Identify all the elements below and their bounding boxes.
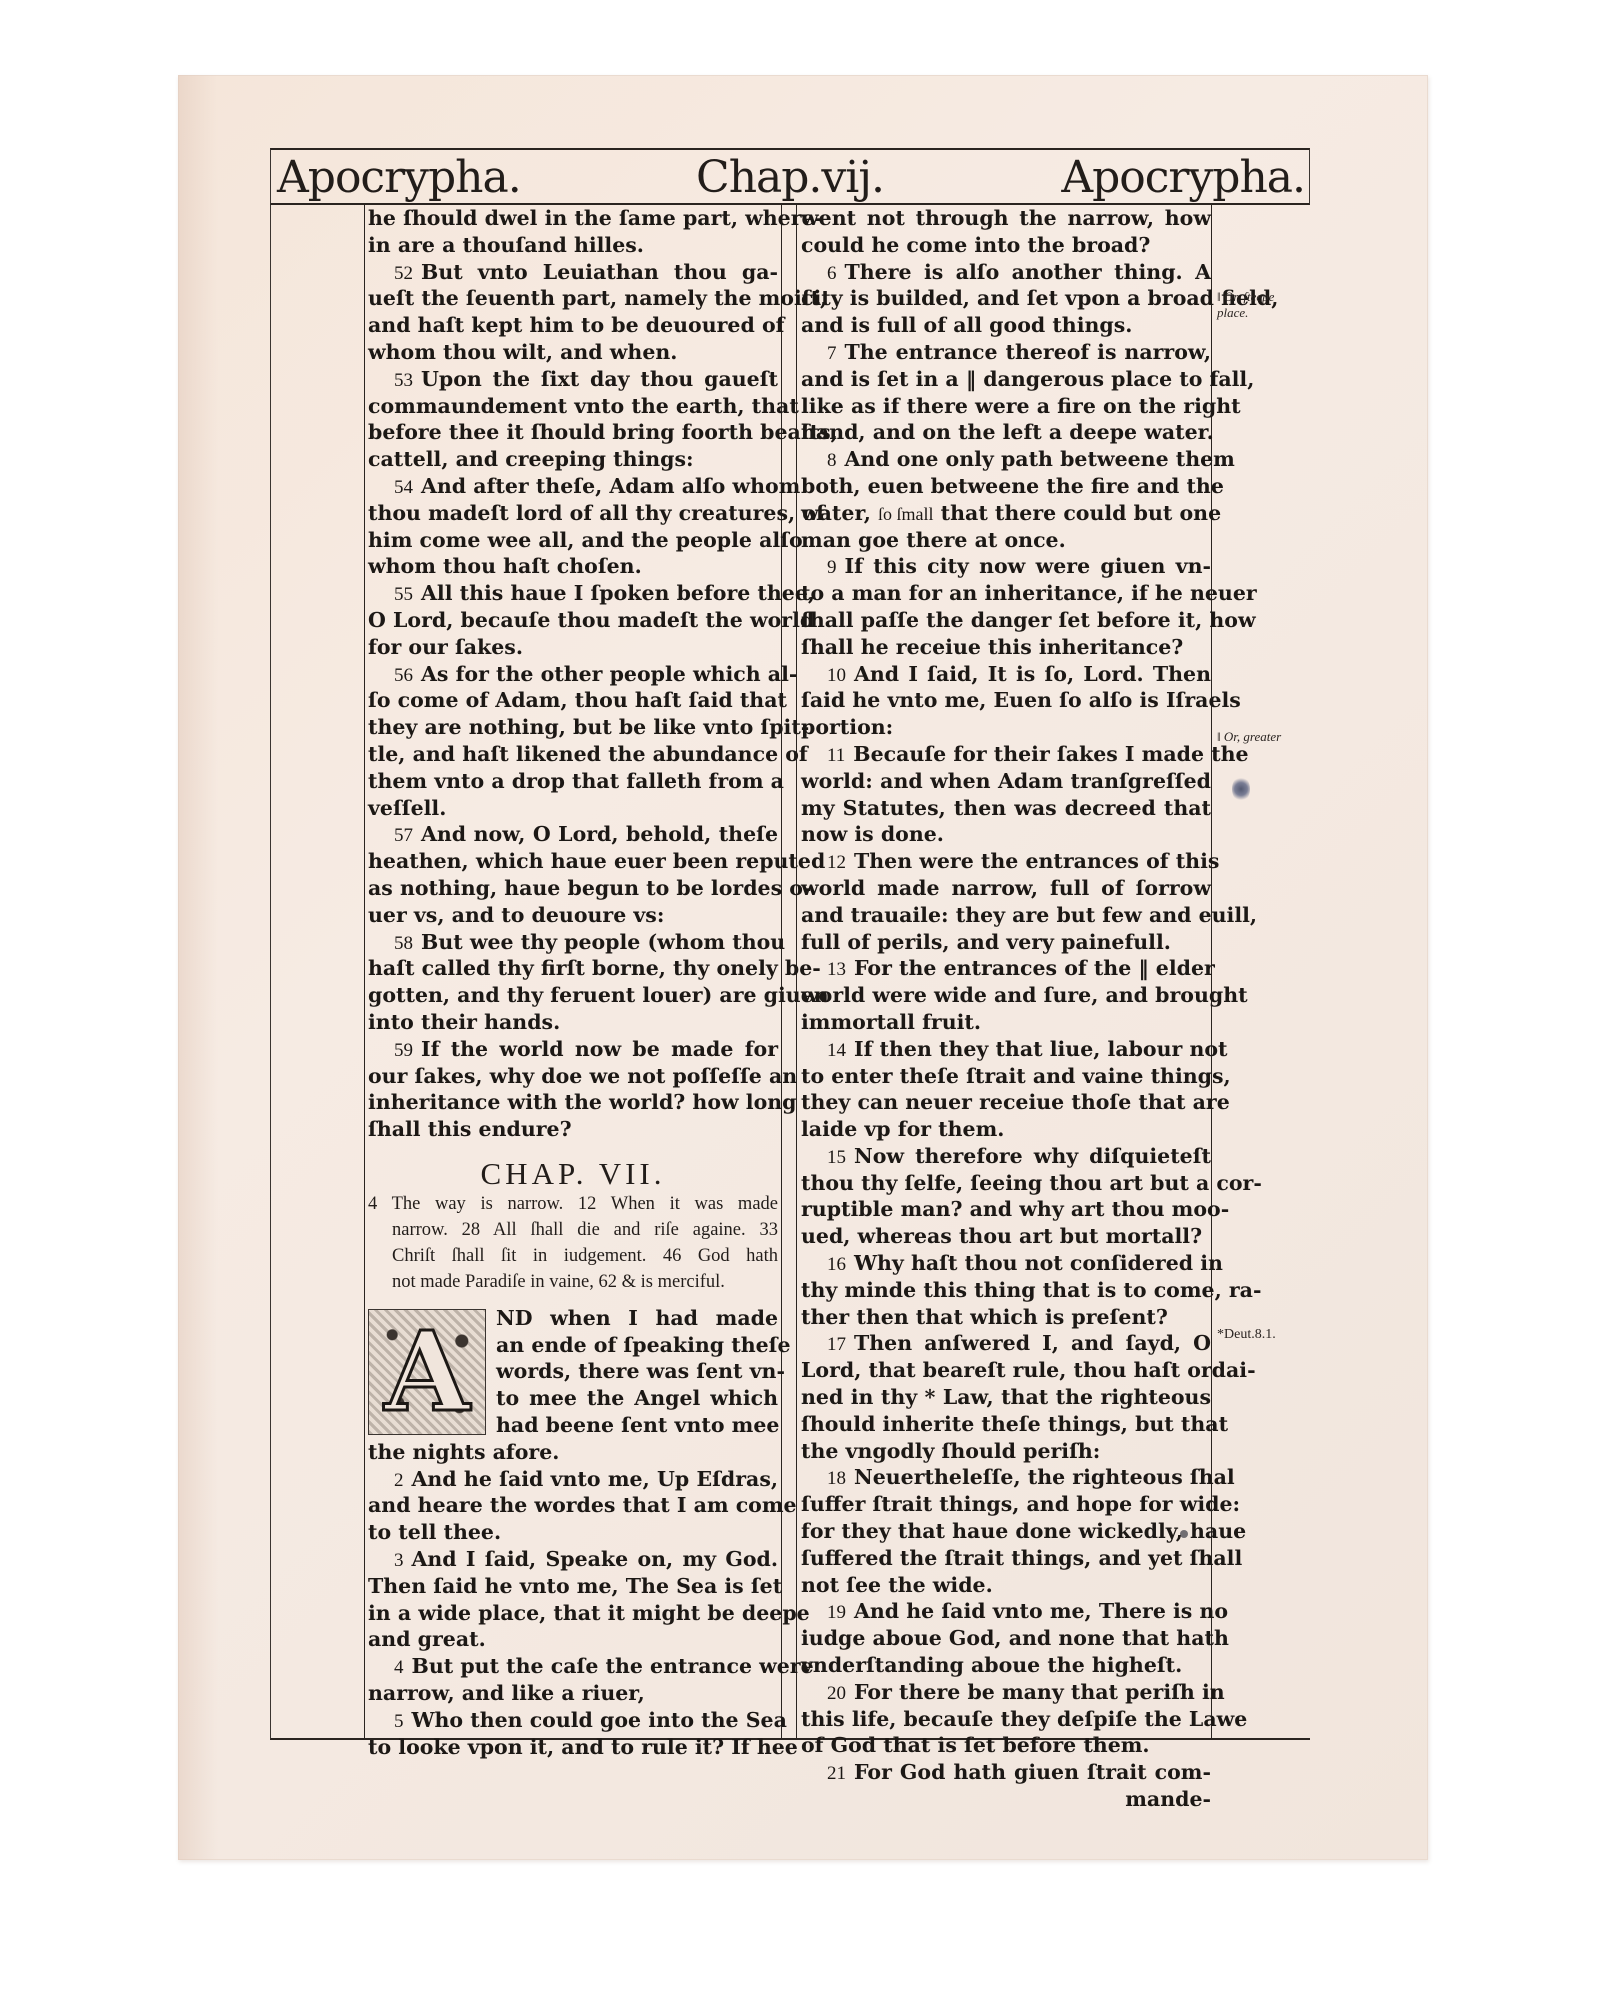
- line-text: the vngodly ſhould periſh:: [801, 1439, 1100, 1463]
- line-text: ued, whereas thou art but mortall?: [801, 1224, 1202, 1248]
- verse-line: 8And one only path betweene them: [801, 446, 1211, 473]
- line-text: And I ſaid, Speake on, my God.: [412, 1547, 779, 1571]
- line-text: immortall fruit.: [801, 1010, 981, 1034]
- verse-number: 20: [827, 1683, 846, 1704]
- line-text: ſaid he vnto me, Euen ſo alſo is Iſraels: [801, 688, 1241, 712]
- margin-note-line: *Deut.8.1.: [1217, 1327, 1276, 1342]
- text-line: for they that haue done wickedly, haue: [801, 1518, 1211, 1545]
- line-text: All this haue I ſpoken before thee,: [421, 581, 815, 605]
- text-line: both, euen betweene the fire and the: [801, 473, 1211, 500]
- verse-number: 18: [827, 1468, 846, 1489]
- text-line: hand, and on the left a deepe water.: [801, 419, 1211, 446]
- text-line: full of perils, and very painefull.: [801, 929, 1211, 956]
- line-text: for they that haue done wickedly, haue: [801, 1519, 1246, 1543]
- running-head-right: Apocrypha.: [1061, 152, 1305, 204]
- verse-number: 19: [827, 1602, 846, 1623]
- line-text: had beene ſent vnto mee: [496, 1413, 779, 1437]
- text-line: ned in thy * Law, that the righteous: [801, 1384, 1211, 1411]
- text-line: haſt called thy firſt borne, thy onely b…: [368, 955, 778, 982]
- line-text: in are a thouſand hilles.: [368, 233, 644, 257]
- text-line: could he come into the broad?: [801, 232, 1211, 259]
- line-text: Then ſaid he vnto me, The Sea is ſet: [368, 1574, 782, 1598]
- verse-line: 7The entrance thereof is narrow,: [801, 339, 1211, 366]
- verse-line: 2And he ſaid vnto me, Up Eſdras,: [368, 1466, 778, 1493]
- verse-number: 13: [827, 959, 846, 980]
- verse-number: 3: [394, 1550, 404, 1571]
- verse-number: 58: [394, 933, 413, 954]
- text-line: of God that is ſet before them.: [801, 1732, 1211, 1759]
- line-text: If the world now be made for: [421, 1037, 778, 1061]
- verse-number: 5: [394, 1711, 404, 1732]
- text-line: inheritance with the world? how long: [368, 1089, 778, 1116]
- line-text: ND when I had made: [496, 1306, 778, 1330]
- verse-number: 4: [394, 1657, 404, 1678]
- text-line: he ſhould dwel in the ſame part, where-: [368, 205, 778, 232]
- line-text: portion:: [801, 715, 893, 739]
- verse-line: 3And I ſaid, Speake on, my God.: [368, 1546, 778, 1573]
- line-text: And he ſaid vnto me, There is no: [854, 1599, 1228, 1623]
- text-line: water, ſo ſmall that there could but one: [801, 500, 1211, 527]
- text-line: Chriſt ſhall ſit in iudgement. 46 God ha…: [368, 1243, 778, 1269]
- line-text: to looke vpon it, and to rule it? If hee: [368, 1735, 798, 1759]
- text-line: 4 The way is narrow. 12 When it was made: [368, 1191, 778, 1217]
- line-text: ſuffer ſtrait things, and hope for wide:: [801, 1492, 1240, 1516]
- line-text: ruptible man? and why art thou moo-: [801, 1197, 1229, 1221]
- line-text: and heare the wordes that I am come: [368, 1493, 797, 1517]
- line-text: inheritance with the world? how long: [368, 1090, 797, 1114]
- text-line: the vngodly ſhould periſh:: [801, 1438, 1211, 1465]
- margin-note-greater: ‖ Or, greater: [1217, 729, 1281, 745]
- text-line: ſhall paſſe the danger ſet before it, ho…: [801, 607, 1211, 634]
- text-line: veſſell.: [368, 795, 778, 822]
- line-text: and haſt kept him to be deuoured of: [368, 313, 784, 337]
- line-text: him come wee all, and the people alſo: [368, 528, 803, 552]
- margin-note-steepe: ‖ Or, ſteepe place.: [1217, 289, 1274, 321]
- chapter-heading: CHAP. VII.: [368, 1143, 778, 1191]
- line-text: But vnto Leuiathan thou ga-: [421, 260, 778, 284]
- line-text: ſhall paſſe the danger ſet before it, ho…: [801, 608, 1256, 632]
- margin-note-line: ‖ Or, greater: [1217, 729, 1281, 744]
- verse-number: 9: [827, 557, 837, 578]
- line-text: And I ſaid, It is ſo, Lord. Then: [854, 662, 1211, 686]
- line-text: And he ſaid vnto me, Up Eſdras,: [412, 1467, 779, 1491]
- line-text: water,: [801, 501, 878, 525]
- text-line: city is builded, and ſet vpon a broad fi…: [801, 285, 1211, 312]
- verse-line: 54And after theſe, Adam alſo whom: [368, 473, 778, 500]
- line-text: 4 The way is narrow. 12 When it was made: [368, 1194, 778, 1214]
- text-line: ſuffer ſtrait things, and hope for wide:: [801, 1491, 1211, 1518]
- running-head: Apocrypha. Chap.vij. Apocrypha.: [270, 148, 1310, 205]
- verse-line: 21For God hath giuen ſtrait com-: [801, 1759, 1211, 1786]
- text-line: in are a thouſand hilles.: [368, 232, 778, 259]
- text-line: him come wee all, and the people alſo: [368, 527, 778, 554]
- line-text: Upon the ſixt day thou gaueſt: [421, 367, 778, 391]
- running-head-chapter: Chap.vij.: [696, 152, 884, 204]
- text-line: ueſt the ſeuenth part, namely the moiſt,: [368, 285, 778, 312]
- line-text: The entrance thereof is narrow,: [845, 340, 1212, 364]
- line-text: to a man for an inheritance, if he neuer: [801, 581, 1257, 605]
- text-frame: he ſhould dwel in the ſame part, where-i…: [270, 205, 1310, 1740]
- verse-number: 8: [827, 450, 837, 471]
- verse-line: 59If the world now be made for: [368, 1036, 778, 1063]
- line-text: city is builded, and ſet vpon a broad fi…: [801, 286, 1278, 310]
- verse-number: 59: [394, 1040, 413, 1061]
- verse-number: 6: [827, 263, 837, 284]
- verse-line: 12Then were the entrances of this: [801, 848, 1211, 875]
- line-text: And one only path betweene them: [845, 447, 1235, 471]
- decorated-initial: A: [368, 1309, 486, 1435]
- right-column: went not through the narrow, howcould he…: [801, 205, 1211, 1813]
- verse-number: 21: [827, 1763, 846, 1784]
- text-line: gotten, and thy feruent louer) are giuen: [368, 982, 778, 1009]
- line-text: ſhall this endure?: [368, 1117, 572, 1141]
- line-text: both, euen betweene the fire and the: [801, 474, 1224, 498]
- line-text: But put the caſe the entrance were: [412, 1654, 814, 1678]
- line-text: hand, and on the left a deepe water.: [801, 420, 1214, 444]
- line-text: to enter theſe ſtrait and vaine things,: [801, 1064, 1231, 1088]
- text-line: and trauaile: they are but few and euill…: [801, 902, 1211, 929]
- verse-line: 55All this haue I ſpoken before thee,: [368, 580, 778, 607]
- line-text: Now therefore why diſquieteſt: [854, 1144, 1211, 1168]
- verse-line: 16Why haſt thou not conſidered in: [801, 1250, 1211, 1277]
- margin-note-line: place.: [1217, 305, 1248, 320]
- line-text: ueſt the ſeuenth part, namely the moiſt,: [368, 286, 827, 310]
- verse-line: 58But wee thy people (whom thou: [368, 929, 778, 956]
- text-line: world made narrow, full of ſorrow: [801, 875, 1211, 902]
- text-line: tle, and haſt likened the abundance of: [368, 741, 778, 768]
- line-text: narrow. 28 All ſhall die and riſe againe…: [392, 1220, 778, 1240]
- line-text: Who then could goe into the Sea: [412, 1708, 787, 1732]
- text-line: Lord, that beareſt rule, thou haſt ordai…: [801, 1357, 1211, 1384]
- line-text: thou thy ſelfe, ſeeing thou art but a co…: [801, 1171, 1262, 1195]
- verse-number: 55: [394, 584, 413, 605]
- verse-line: 57And now, O Lord, behold, theſe: [368, 821, 778, 848]
- paper-edge-shading: [178, 75, 218, 1860]
- line-text: mande-: [1125, 1787, 1211, 1811]
- line-text: our ſakes, why doe we not poſſeſſe an: [368, 1064, 797, 1088]
- text-line: for our ſakes.: [368, 634, 778, 661]
- verse-line: 9If this city now were giuen vn-: [801, 553, 1211, 580]
- line-text: If this city now were giuen vn-: [845, 554, 1212, 578]
- text-line: thou thy ſelfe, ſeeing thou art but a co…: [801, 1170, 1211, 1197]
- line-text: ther then that which is preſent?: [801, 1305, 1168, 1329]
- text-line: to enter theſe ſtrait and vaine things,: [801, 1063, 1211, 1090]
- line-text: thou madeſt lord of all thy creatures, o…: [368, 501, 825, 525]
- line-text: But wee thy people (whom thou: [421, 930, 785, 954]
- line-text: whom thou wilt, and when.: [368, 340, 677, 364]
- roman-insert: ſo ſmall: [878, 504, 934, 524]
- verse-line: 14If then they that liue, labour not: [801, 1036, 1211, 1063]
- margin-note-line: ‖ Or, ſteepe: [1217, 289, 1274, 304]
- line-text: Why haſt thou not conſidered in: [854, 1251, 1223, 1275]
- line-text: and great.: [368, 1627, 486, 1651]
- line-text: tle, and haſt likened the abundance of: [368, 742, 808, 766]
- text-line: ſhall he receiue this inheritance?: [801, 634, 1211, 661]
- line-text: ſhall he receiue this inheritance?: [801, 635, 1183, 659]
- line-text: my Statutes, then was decreed that: [801, 796, 1211, 820]
- verse-number: 52: [394, 263, 413, 284]
- verse-number: 53: [394, 370, 413, 391]
- line-text: into their hands.: [368, 1010, 560, 1034]
- text-line: and haſt kept him to be deuoured of: [368, 312, 778, 339]
- text-line: O Lord, becauſe thou madeſt the world: [368, 607, 778, 634]
- ink-speck: [1180, 1530, 1188, 1538]
- line-text: vnderſtanding aboue the higheſt.: [801, 1653, 1182, 1677]
- verse-number: 11: [827, 745, 845, 766]
- line-text: of God that is ſet before them.: [801, 1733, 1150, 1757]
- line-text: words, there was ſent vn-: [496, 1359, 785, 1383]
- text-line: mande-: [801, 1786, 1211, 1813]
- text-line: world were wide and ſure, and brought: [801, 982, 1211, 1009]
- verse-number: 16: [827, 1254, 846, 1275]
- text-line: before thee it ſhould bring foorth beaſt…: [368, 419, 778, 446]
- text-line: cattell, and creeping things:: [368, 446, 778, 473]
- line-text: For there be many that periſh in: [854, 1680, 1225, 1704]
- line-text: to mee the Angel which: [496, 1386, 778, 1410]
- verse-line: 10And I ſaid, It is ſo, Lord. Then: [801, 661, 1211, 688]
- line-text: the nights afore.: [368, 1440, 559, 1464]
- text-line: into their hands.: [368, 1009, 778, 1036]
- line-text: they can neuer receiue thoſe that are: [801, 1090, 1230, 1114]
- verse-number: 10: [827, 665, 846, 686]
- line-text: like as if there were a fire on the righ…: [801, 394, 1241, 418]
- text-line: narrow. 28 All ſhall die and riſe againe…: [368, 1217, 778, 1243]
- verse-line: 6There is alſo another thing. A: [801, 259, 1211, 286]
- verse-number: 57: [394, 825, 413, 846]
- line-text: went not through the narrow, how: [801, 206, 1211, 230]
- verse-number: 14: [827, 1040, 846, 1061]
- line-text: and is full of all good things.: [801, 313, 1132, 337]
- line-text: There is alſo another thing. A: [845, 260, 1212, 284]
- line-text: iudge aboue God, and none that hath: [801, 1626, 1229, 1650]
- text-line: this life, becauſe they deſpiſe the Lawe: [801, 1706, 1211, 1733]
- verse-line: 18Neuertheleſſe, the righteous ſhal: [801, 1464, 1211, 1491]
- verse-number: 7: [827, 343, 837, 364]
- verse-line: 11Becauſe for their ſakes I made the: [801, 741, 1211, 768]
- verse-line: 56As for the other people which al-: [368, 661, 778, 688]
- text-line: ruptible man? and why art thou moo-: [801, 1196, 1211, 1223]
- text-line: narrow, and like a riuer,: [368, 1680, 778, 1707]
- text-line: ſuffered the ſtrait things, and yet ſhal…: [801, 1545, 1211, 1572]
- verse-line: 15Now therefore why diſquieteſt: [801, 1143, 1211, 1170]
- line-text: O Lord, becauſe thou madeſt the world: [368, 608, 814, 632]
- line-text: Chriſt ſhall ſit in iudgement. 46 God ha…: [392, 1246, 778, 1266]
- line-text: world were wide and ſure, and brought: [801, 983, 1248, 1007]
- text-line: ued, whereas thou art but mortall?: [801, 1223, 1211, 1250]
- line-text: ſo come of Adam, thou haſt ſaid that: [368, 688, 787, 712]
- text-line: went not through the narrow, how: [801, 205, 1211, 232]
- text-line: man goe there at once.: [801, 527, 1211, 554]
- line-text: to tell thee.: [368, 1520, 501, 1544]
- text-line: they are nothing, but be like vnto ſpit-: [368, 714, 778, 741]
- line-text: For God hath giuen ſtrait com-: [854, 1760, 1211, 1784]
- line-text: For the entrances of the ‖ elder: [854, 956, 1215, 980]
- line-text: they are nothing, but be like vnto ſpit-: [368, 715, 809, 739]
- text-line: commaundement vnto the earth, that: [368, 393, 778, 420]
- line-text: full of perils, and very painefull.: [801, 930, 1171, 954]
- text-line: and heare the wordes that I am come: [368, 1492, 778, 1519]
- text-line: vnderſtanding aboue the higheſt.: [801, 1652, 1211, 1679]
- running-head-left: Apocrypha.: [277, 152, 521, 204]
- verse-number: 56: [394, 665, 413, 686]
- text-line: and is ſet in a ‖ dangerous place to fal…: [801, 366, 1211, 393]
- line-text: now is done.: [801, 822, 944, 846]
- text-line: Then ſaid he vnto me, The Sea is ſet: [368, 1573, 778, 1600]
- text-line: now is done.: [801, 821, 1211, 848]
- line-text: Neuertheleſſe, the righteous ſhal: [854, 1465, 1235, 1489]
- line-text: and is ſet in a ‖ dangerous place to fal…: [801, 367, 1254, 391]
- line-text: ſhould inherite theſe things, but that: [801, 1412, 1228, 1436]
- line-text: world: and when Adam tranſgreſſed: [801, 769, 1211, 793]
- line-text: this life, becauſe they deſpiſe the Lawe: [801, 1707, 1247, 1731]
- line-text: ſuffered the ſtrait things, and yet ſhal…: [801, 1546, 1242, 1570]
- line-text: as nothing, haue begun to be lordes o-: [368, 876, 811, 900]
- line-text: whom thou haſt choſen.: [368, 554, 642, 578]
- line-text: commaundement vnto the earth, that: [368, 394, 799, 418]
- line-text: gotten, and thy feruent louer) are giuen: [368, 983, 829, 1007]
- left-column: he ſhould dwel in the ſame part, where-i…: [368, 205, 778, 1760]
- text-line: as nothing, haue begun to be lordes o-: [368, 875, 778, 902]
- line-text: And now, O Lord, behold, theſe: [421, 822, 778, 846]
- line-text: not made Paradiſe in vaine, 62 & is merc…: [392, 1272, 725, 1292]
- line-text: in a wide place, that it might be deepe: [368, 1601, 810, 1625]
- verse-number: 17: [827, 1334, 846, 1355]
- line-text: As for the other people which al-: [421, 662, 797, 686]
- line-text: cattell, and creeping things:: [368, 447, 694, 471]
- line-text: Becauſe for their ſakes I made the: [853, 742, 1248, 766]
- line-text: them vnto a drop that falleth from a: [368, 769, 784, 793]
- text-line: laide vp for them.: [801, 1116, 1211, 1143]
- line-text: man goe there at once.: [801, 528, 1066, 552]
- verse-number: 54: [394, 477, 413, 498]
- text-line: thou madeſt lord of all thy creatures, o…: [368, 500, 778, 527]
- verse-number: 2: [394, 1470, 404, 1491]
- line-text: And after theſe, Adam alſo whom: [421, 474, 800, 498]
- line-text: ned in thy * Law, that the righteous: [801, 1385, 1211, 1409]
- line-text: not ſee the wide.: [801, 1573, 993, 1597]
- verse-line: 4But put the caſe the entrance were: [368, 1653, 778, 1680]
- verse-line: 13For the entrances of the ‖ elder: [801, 955, 1211, 982]
- text-line: my Statutes, then was decreed that: [801, 795, 1211, 822]
- verse-line: 53Upon the ſixt day thou gaueſt: [368, 366, 778, 393]
- column-rule-left: [364, 205, 365, 1738]
- text-line: our ſakes, why doe we not poſſeſſe an: [368, 1063, 778, 1090]
- line-text: uer vs, and to deuoure vs:: [368, 903, 664, 927]
- text-line: ther then that which is preſent?: [801, 1304, 1211, 1331]
- text-line: the nights afore.: [368, 1439, 778, 1466]
- line-text: If then they that liue, labour not: [854, 1037, 1228, 1061]
- text-line: to tell thee.: [368, 1519, 778, 1546]
- initial-letter: A: [384, 1317, 469, 1427]
- verse-number: 15: [827, 1147, 846, 1168]
- text-line: iudge aboue God, and none that hath: [801, 1625, 1211, 1652]
- text-line: them vnto a drop that falleth from a: [368, 768, 778, 795]
- text-line: ſhall this endure?: [368, 1116, 778, 1143]
- text-line: not ſee the wide.: [801, 1572, 1211, 1599]
- line-text: veſſell.: [368, 796, 446, 820]
- text-line: whom thou haſt choſen.: [368, 553, 778, 580]
- line-text: and trauaile: they are but few and euill…: [801, 903, 1257, 927]
- text-line: and great.: [368, 1626, 778, 1653]
- text-line: ſaid he vnto me, Euen ſo alſo is Iſraels: [801, 687, 1211, 714]
- verse-line: 52But vnto Leuiathan thou ga-: [368, 259, 778, 286]
- text-line: thy minde this thing that is to come, ra…: [801, 1277, 1211, 1304]
- ink-blot: [1232, 776, 1250, 802]
- chapter-summary: 4 The way is narrow. 12 When it was made…: [368, 1191, 778, 1295]
- line-text: before thee it ſhould bring foorth beaſt…: [368, 420, 838, 444]
- text-line: uer vs, and to deuoure vs:: [368, 902, 778, 929]
- text-line: whom thou wilt, and when.: [368, 339, 778, 366]
- text-line: to looke vpon it, and to rule it? If hee: [368, 1734, 778, 1761]
- verse-line: 19And he ſaid vnto me, There is no: [801, 1598, 1211, 1625]
- text-line: heathen, which haue euer been reputed: [368, 848, 778, 875]
- text-line: portion:: [801, 714, 1211, 741]
- verse-line: 5Who then could goe into the Sea: [368, 1707, 778, 1734]
- line-text: thy minde this thing that is to come, ra…: [801, 1278, 1261, 1302]
- text-line: immortall fruit.: [801, 1009, 1211, 1036]
- line-text: Then were the entrances of this: [854, 849, 1219, 873]
- text-line: like as if there were a fire on the righ…: [801, 393, 1211, 420]
- line-text: for our ſakes.: [368, 635, 523, 659]
- text-line: they can neuer receiue thoſe that are: [801, 1089, 1211, 1116]
- line-text: world made narrow, full of ſorrow: [801, 876, 1211, 900]
- line-text: heathen, which haue euer been reputed: [368, 849, 825, 873]
- line-text: Lord, that beareſt rule, thou haſt ordai…: [801, 1358, 1256, 1382]
- text-line: in a wide place, that it might be deepe: [368, 1600, 778, 1627]
- text-line: not made Paradiſe in vaine, 62 & is merc…: [368, 1269, 778, 1295]
- text-line: ſhould inherite theſe things, but that: [801, 1411, 1211, 1438]
- line-text: haſt called thy firſt borne, thy onely b…: [368, 956, 821, 980]
- verse-line: 20For there be many that periſh in: [801, 1679, 1211, 1706]
- verse-number: 12: [827, 852, 846, 873]
- line-text: he ſhould dwel in the ſame part, where-: [368, 206, 823, 230]
- line-text: could he come into the broad?: [801, 233, 1150, 257]
- text-line: world: and when Adam tranſgreſſed: [801, 768, 1211, 795]
- verse-line: 17Then anſwered I, and ſayd, O: [801, 1330, 1211, 1357]
- text-line: to a man for an inheritance, if he neuer: [801, 580, 1211, 607]
- text-line: ſo come of Adam, thou haſt ſaid that: [368, 687, 778, 714]
- line-text: laide vp for them.: [801, 1117, 1004, 1141]
- line-text: that there could but one: [934, 501, 1222, 525]
- line-text: Then anſwered I, and ſayd, O: [854, 1331, 1211, 1355]
- margin-note-deut: *Deut.8.1.: [1217, 1327, 1276, 1343]
- line-text: narrow, and like a riuer,: [368, 1681, 645, 1705]
- text-line: and is full of all good things.: [801, 312, 1211, 339]
- line-text: an ende of ſpeaking theſe: [496, 1333, 791, 1357]
